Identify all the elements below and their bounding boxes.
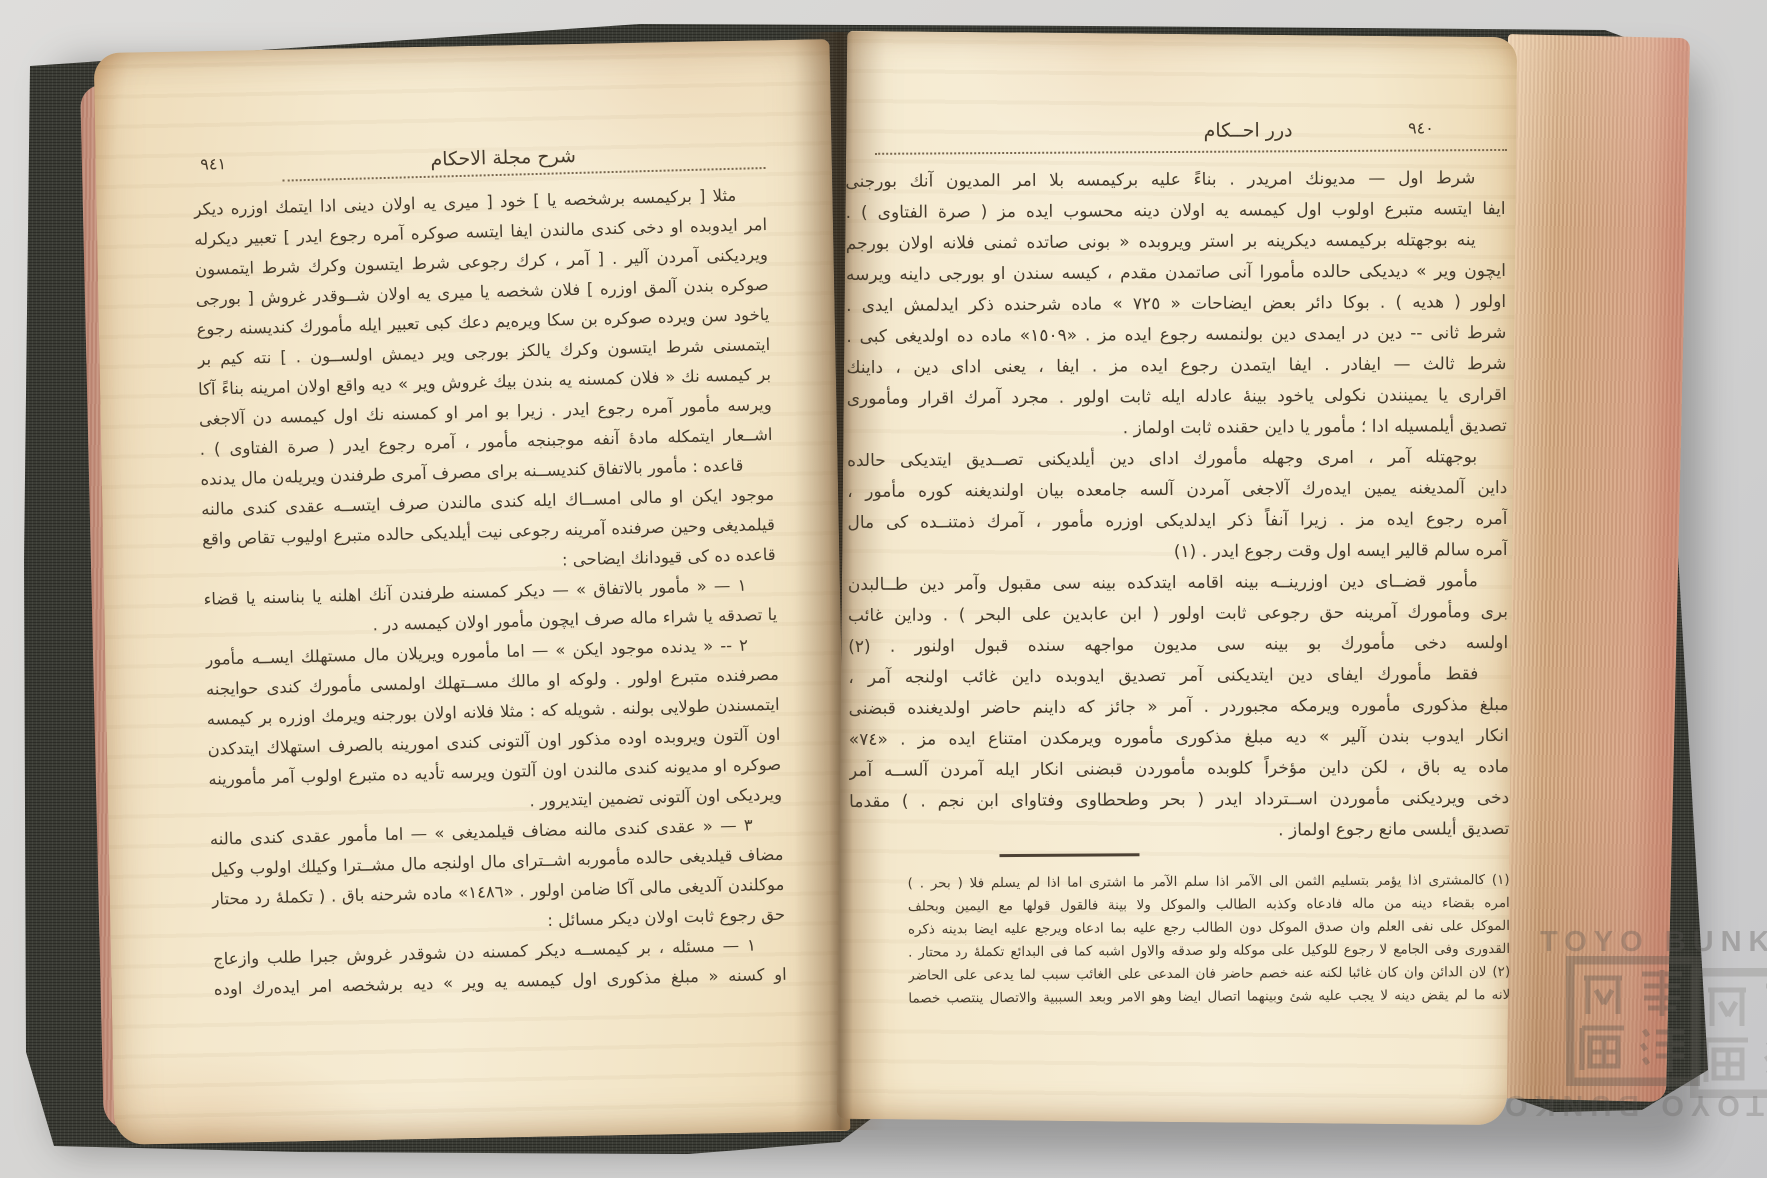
text-line: داين آلمديغنه يمين ايدەرك آلاجغى آمردن آ… — [847, 473, 1507, 508]
text-line: بوجهتله آمر ، امرى وجهله مأمورك اداى دين… — [847, 442, 1507, 477]
text-line: مبلغ مذكورى مأموره ويرمكه مجبوردر . آمر … — [848, 690, 1508, 725]
text-line: تصديق أيلمسيله ادا ؛ مأمور يا داين حقنده… — [847, 411, 1507, 446]
right-running-title: درر احــكام — [1203, 119, 1292, 142]
text-line: آمره سالم قالير ايسه اول وقت رجوع ايدر .… — [848, 535, 1508, 570]
text-line: ماده يه باق ، لكن داين مؤخراً كلوبده مأم… — [849, 752, 1509, 787]
library-seal-icon — [1566, 956, 1700, 1086]
text-line: برى ومأمورك آمرينه حق رجوعى ثابت اولور (… — [848, 597, 1508, 632]
right-page-header: درر احــكام ٩٤٠ — [845, 118, 1505, 148]
text-line: اولسه دخى مأمورك بو بينه سى مديون مواجهه… — [848, 628, 1508, 663]
watermark-text-flipped: TOYO BUNKO — [1498, 1088, 1764, 1121]
text-line: فقط مأمورك ايفاى دين ايتديكنى آمر تصديق … — [848, 659, 1508, 694]
text-line: اولور ( هديه ) . بوكا دائر بعض ايضاحات «… — [846, 287, 1506, 322]
text-line: لانه ما لم يقض دينه لا يجب عليه شئ وبينه… — [908, 984, 1510, 1011]
text-line: انكار ايدوب بندن آلير » ديه مبلغ مذكورى … — [849, 721, 1509, 756]
text-line: مأمور قضــاى دين اوزرينــه بينه اقامه اي… — [848, 566, 1508, 601]
right-footnote-lines: (١) كالمشترى اذا يؤمر بتسليم الثمن الى ا… — [908, 869, 1511, 1011]
text-line: شرط اول — مديونك امريدر . بناءً عليه برك… — [845, 163, 1505, 198]
text-line: شرط ثالث — ايفادر . ايفا ايتمدن رجوع ايد… — [846, 349, 1506, 384]
right-body-lines: شرط اول — مديونك امريدر . بناءً عليه برك… — [845, 163, 1509, 849]
watermark-text: TOYO BUNKO — [1540, 926, 1767, 959]
book-photo: { "left_page": { "number": "٩٤١", "title… — [0, 0, 1767, 1178]
text-line: ايچون وير » ديديكى حالده مأمورا آنى صاتم… — [846, 256, 1506, 291]
text-line: تصديق أيلسى مانع رجوع اولماز . — [849, 814, 1509, 849]
text-line: ايفا ايتسه متبرع اولوب اول كيمسه يه اولا… — [845, 194, 1505, 229]
library-seal-icon-faint — [1690, 968, 1767, 1098]
text-line: آمره رجوع ايده مز . زيرا آنفاً ذكر ايدلد… — [847, 504, 1507, 539]
right-page-number: ٩٤٠ — [1408, 118, 1434, 137]
left-running-title: شرح مجلة الاحكام — [430, 145, 576, 171]
text-line: دخى ويرديكنى مأموردن اســترداد ايدر ( بح… — [849, 783, 1509, 818]
text-line: شرط ثانى -- دين در ايمدى دين بولنمسه رجو… — [846, 318, 1506, 353]
left-page-number: ٩٤١ — [200, 154, 226, 174]
text-line: ينه بوجهتله بركيمسه ديكرينه بر استر ويرو… — [846, 225, 1506, 260]
left-body-lines: مثلا [ بركيمسه برشخصه يا ] خود [ ميرى يه… — [193, 180, 787, 1005]
text-line: اقرارى يا يمينندن نكولى ياخود بينهٔ عادل… — [847, 380, 1507, 415]
